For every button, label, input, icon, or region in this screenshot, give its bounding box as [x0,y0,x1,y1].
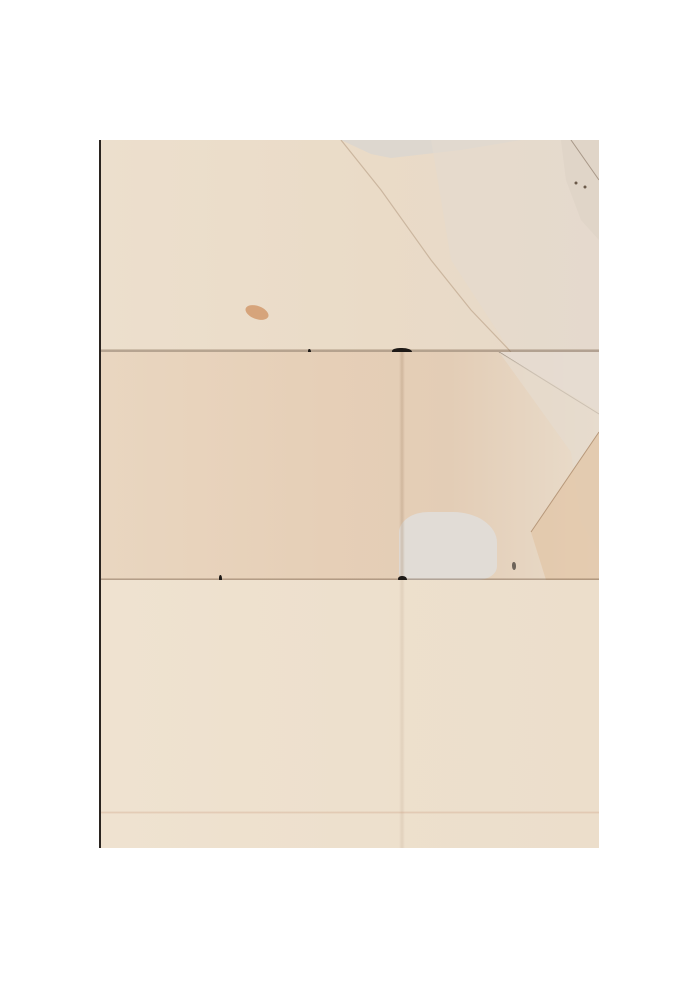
top-panel [101,140,599,352]
vertical-crease-lower [399,580,405,848]
vertical-crease [399,352,405,580]
worn-patch [399,512,497,580]
hole-small-mid [512,562,516,570]
fold-line-3 [101,811,599,814]
manuscript-page: Coppia d'ordinanza dell'Ill.mo Sig.r Avv… [101,140,599,848]
stain-mark [244,302,271,322]
bottom-panel [101,580,599,848]
middle-panel: Coppia d'ordinanza dell'Ill.mo Sig.r Avv… [101,352,599,580]
torn-flap-top [321,140,599,352]
torn-flap-right [101,352,599,580]
